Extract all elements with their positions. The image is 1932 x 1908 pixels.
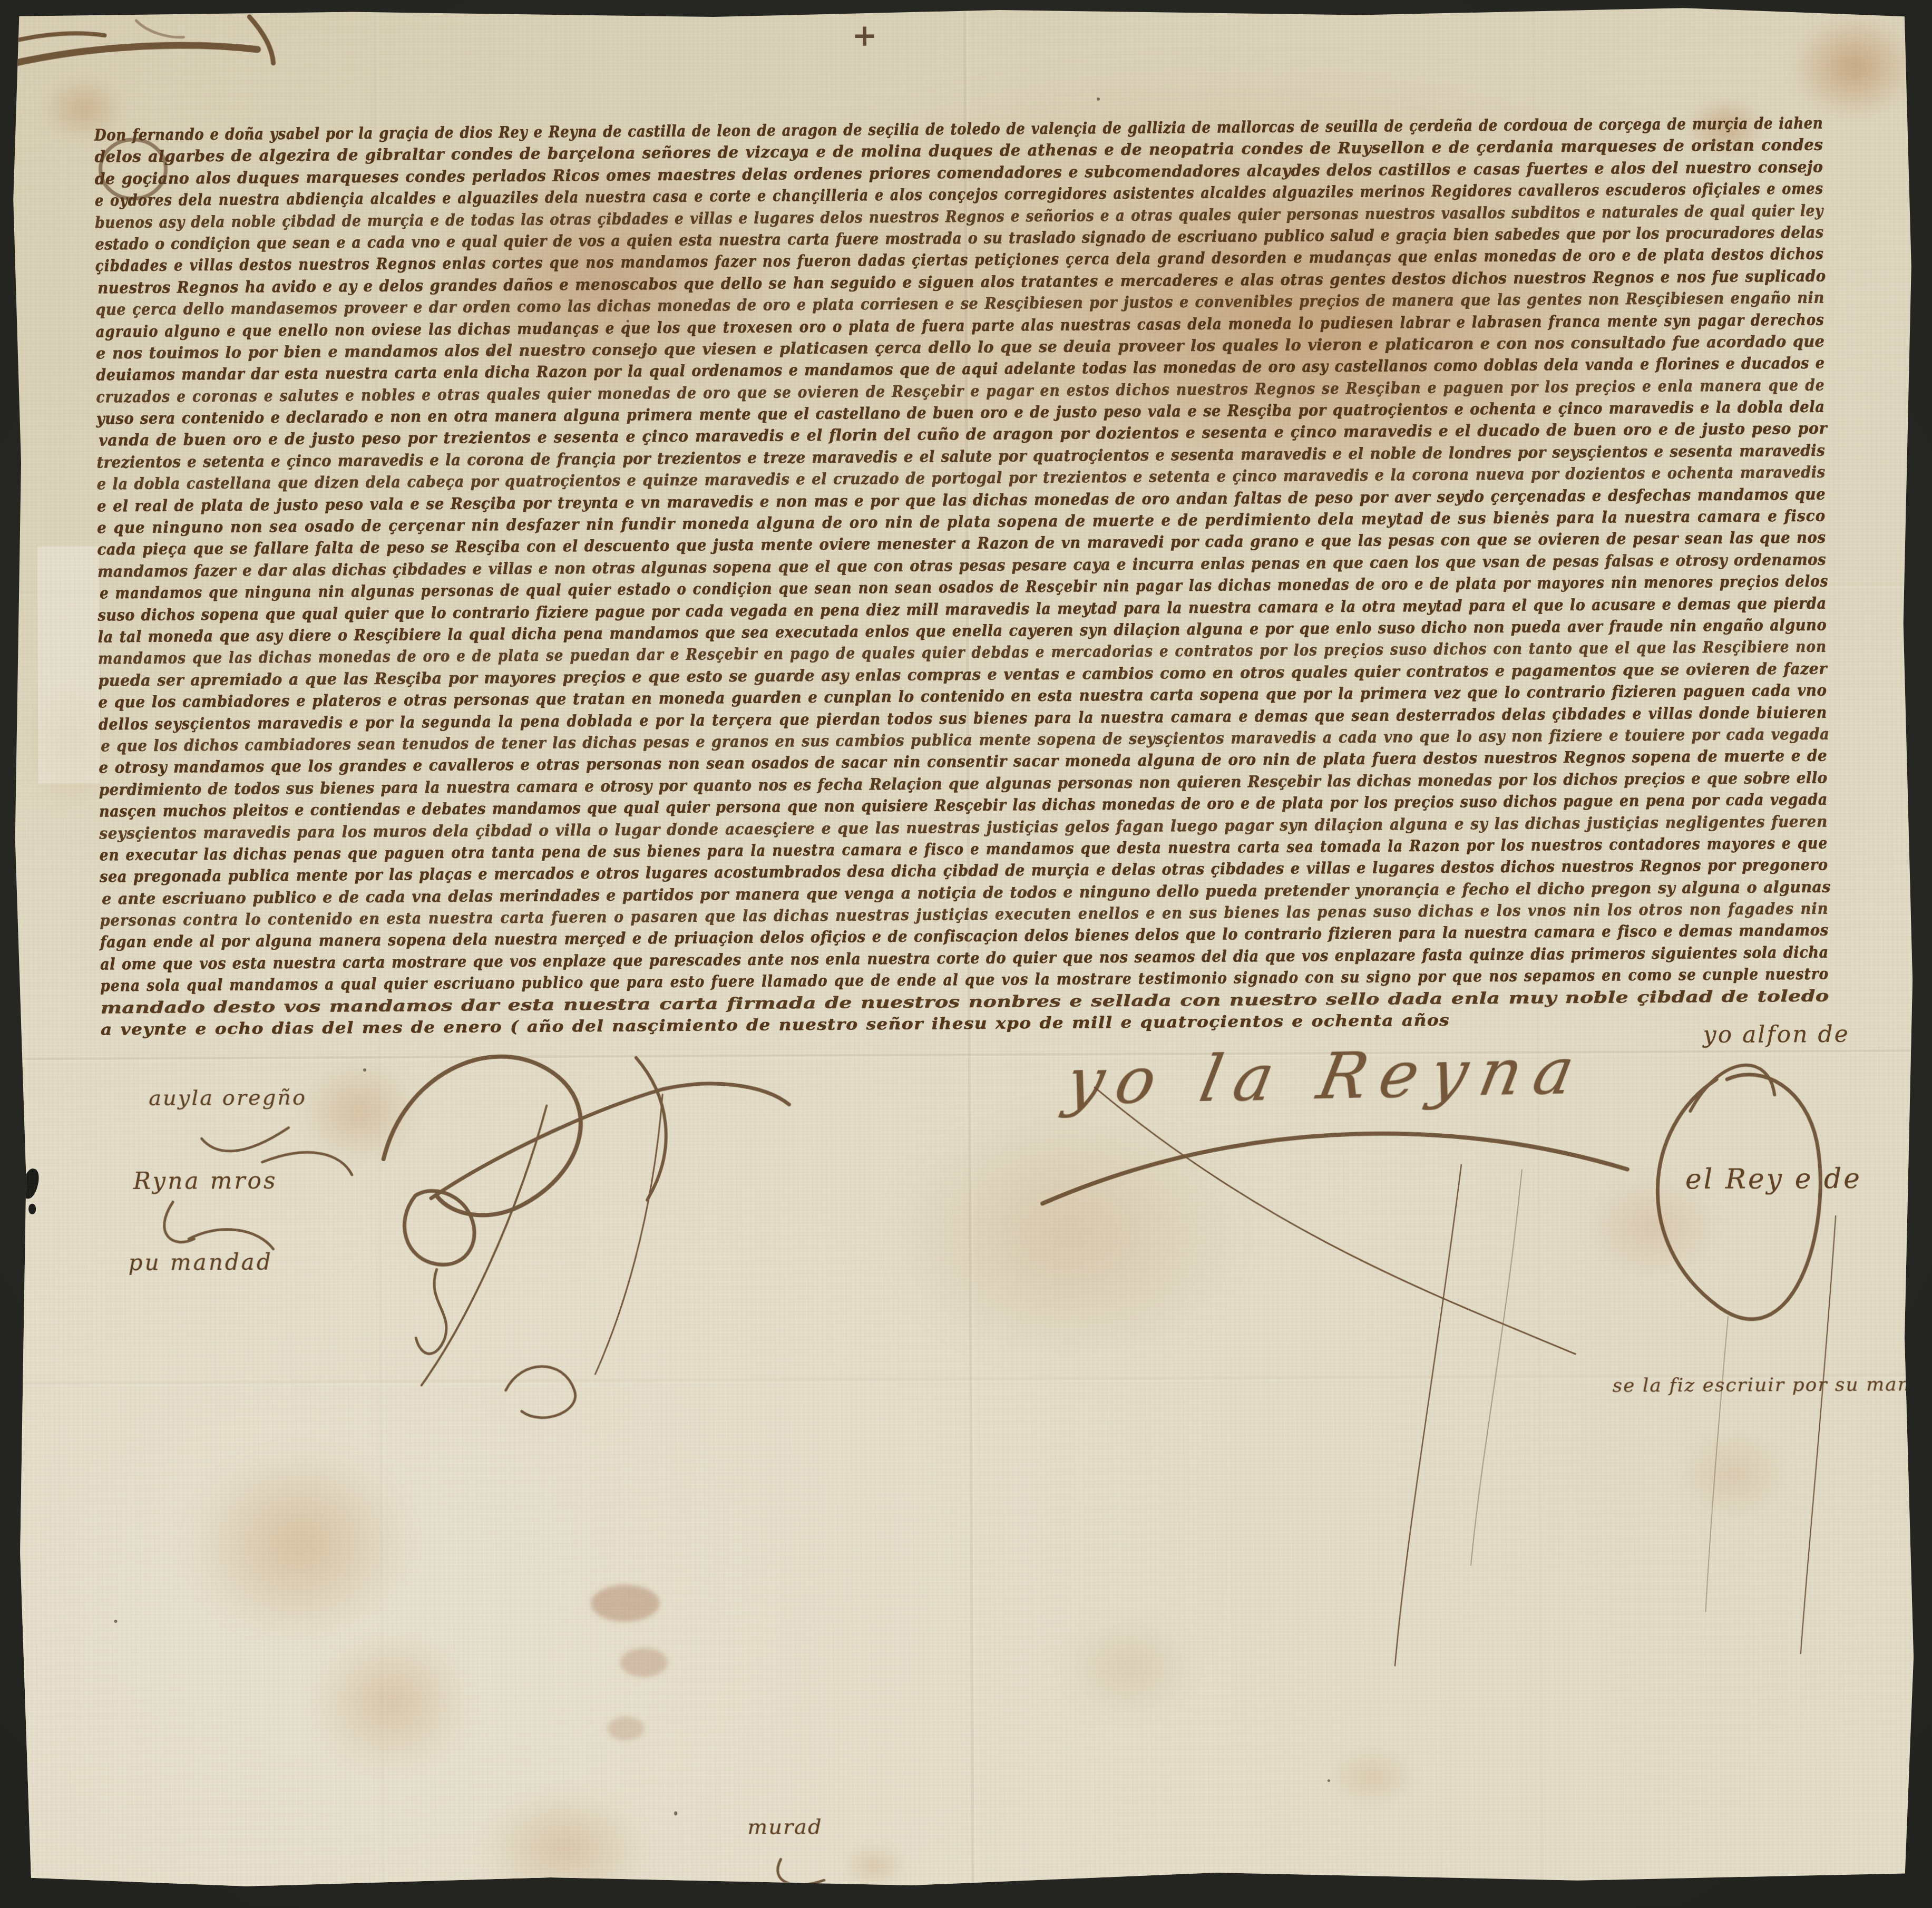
queen-signature-hairline: [1393, 1165, 1463, 1666]
stain: [481, 1790, 650, 1907]
queen-rubric: [383, 1056, 581, 1215]
queen-signature-sweep: [1095, 1085, 1575, 1356]
stain: [1791, 14, 1918, 120]
ink-speck: [1097, 98, 1100, 101]
queen-signature-text: yo la Reyna: [1060, 1033, 1593, 1119]
secretary-hairline: [1704, 1317, 1729, 1612]
tear-hole: [19, 1167, 41, 1200]
secretary-signature-circle: el Rey e de: [1685, 1163, 1862, 1195]
stain: [840, 1842, 908, 1890]
queen-signature-hairline: [1469, 1170, 1524, 1565]
ink-speck: [363, 1068, 366, 1072]
queen-rubric: [636, 1057, 666, 1200]
stain: [1676, 1427, 1792, 1522]
manuscript-text-block: Don fernando e doña ysabel por la graçia…: [94, 114, 1829, 1043]
ink-speck: [1328, 1779, 1330, 1782]
margin-flourish: [201, 1128, 288, 1152]
queen-rubric-tail: [420, 1105, 548, 1385]
stain: [1324, 1745, 1420, 1808]
tear-hole: [28, 1204, 36, 1214]
secretary-signature-line: se la fiz escriuir por su mandado: [1613, 1374, 1932, 1397]
left-margin-note-2: Ryna mros: [133, 1167, 278, 1195]
docket-flourish: [778, 1859, 824, 1885]
left-margin-note-1: auyla oregño: [149, 1085, 307, 1110]
fold-crease-horizontal: [14, 1049, 1917, 1063]
stain: [1060, 1614, 1198, 1720]
secretary-hairline: [1799, 1216, 1838, 1653]
manuscript-sheet: + Don fernando e doña ysabel por la graç…: [9, 3, 1920, 1891]
show-through-mark: [591, 1585, 659, 1622]
ink-speck: [853, 1884, 857, 1887]
top-left-stroke: [249, 17, 273, 63]
queen-signature-sweep: [1042, 1133, 1628, 1204]
margin-ring-tail: [416, 1269, 447, 1354]
ink-speck: [114, 1620, 118, 1623]
margin-flourish: [189, 1229, 273, 1249]
invocation-cross: +: [852, 17, 877, 53]
secretary-signature-top: yo alfon de: [1703, 1021, 1850, 1048]
stain: [299, 1059, 421, 1165]
stain: [312, 1633, 471, 1770]
secretary-swirl: [1690, 1065, 1774, 1111]
secretary-ring: [1657, 1074, 1821, 1319]
stain: [190, 1449, 412, 1640]
body-lines: delos algarbes de algezira de gibraltar …: [94, 136, 1829, 1020]
show-through-mark: [607, 1717, 644, 1740]
repair-patch: [37, 546, 101, 784]
stain: [884, 1103, 1254, 1368]
left-margin-note-3: pu mandad: [128, 1249, 272, 1276]
docket-note: murad: [747, 1815, 822, 1839]
queen-rubric-loop: [505, 1366, 575, 1418]
queen-rubric: [431, 1083, 789, 1198]
top-left-stroke: [136, 20, 183, 37]
queen-rubric-tail: [594, 1095, 663, 1375]
top-left-stroke: [10, 45, 258, 64]
photograph-background: { "palette": { "background": "#232320", …: [0, 0, 1932, 1908]
margin-ring: [404, 1191, 474, 1265]
show-through-mark: [620, 1648, 668, 1677]
top-left-stroke: [9, 33, 104, 42]
ink-speck: [674, 1811, 677, 1815]
margin-flourish: [164, 1202, 194, 1242]
